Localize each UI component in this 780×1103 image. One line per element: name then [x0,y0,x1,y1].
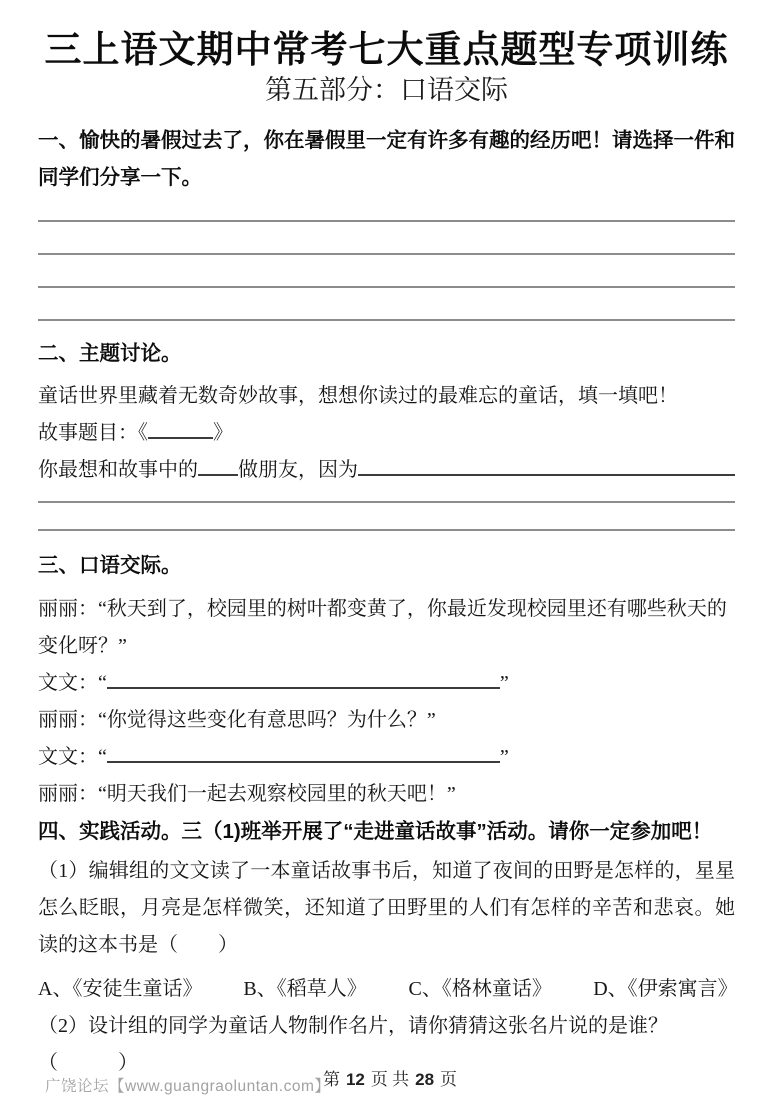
answer-rule-line [38,196,735,222]
dialog-text: “明天我们一起去观察校园里的秋天吧！” [98,783,456,805]
section2-heading: 二、主题讨论。 [38,335,735,372]
dialog-line: 丽丽：“明天我们一起去观察校园里的秋天吧！” [38,776,735,813]
section4-item1: （1）编辑组的文文读了一本童话故事书后，知道了夜间的田野是怎样的，星星怎么眨眼，… [38,853,735,964]
dialog-speaker: 丽丽： [38,783,98,805]
page-label: 页 [440,1070,457,1089]
multiple-choice-options: A、《安徒生童话》 B、《稻草人》 C、《格林童话》 D、《伊索寓言》 [38,971,735,1008]
worksheet-page: 三上语文期中常考七大重点题型专项训练 第五部分：口语交际 一、愉快的暑假过去了，… [0,0,780,1103]
dialog-line: 丽丽：“秋天到了，校园里的树叶都变黄了，你最近发现校园里还有哪些秋天的变化呀？” [38,591,735,665]
friend-middle: 做朋友，因为 [238,452,358,489]
story-title-line: 故事题目：《》 [38,415,735,452]
option-a: A、《安徒生童话》 [38,971,199,1008]
answer-rule-line [38,255,735,288]
option-b: B、《稻草人》 [243,971,364,1008]
section2-intro: 童话世界里藏着无数奇妙故事，想想你读过的最难忘的童话，填一填吧！ [38,378,735,415]
dialog-line-blank: 文文：“” [38,665,735,702]
dialog-text: “你觉得这些变化有意思吗？为什么？” [98,709,436,731]
friend-line: 你最想和故事中的做朋友，因为 [38,452,735,489]
section1-heading: 一、愉快的暑假过去了，你在暑假里一定有许多有趣的经历吧！请选择一件和同学们分享一… [38,122,735,196]
dialog-text: “秋天到了，校园里的树叶都变黄了，你最近发现校园里还有哪些秋天的变化呀？” [38,598,727,657]
answer-rule-line [38,288,735,321]
total-pages: 28 [415,1070,434,1089]
answer-rule-line [38,222,735,255]
page-number: 第12页 共28页 [0,1065,780,1090]
friend-prefix: 你最想和故事中的 [38,452,198,489]
story-title-suffix: 》 [213,422,233,444]
story-title-prefix: 故事题目：《 [38,422,148,444]
section1-answer-lines [38,196,735,321]
page-subtitle: 第五部分：口语交际 [38,72,735,108]
answer-rule-line [38,489,735,503]
quote-close: ” [500,746,509,768]
dialog-speaker: 文文： [38,672,98,694]
page-label: 第 [323,1070,340,1089]
dialog-line-blank: 文文：“” [38,739,735,776]
quote-close: ” [500,672,509,694]
quote-open: “ [98,672,107,694]
section4-heading: 四、实践活动。三（1)班举开展了“走进童话故事”活动。请你一定参加吧！ [38,813,735,850]
friend-reason-blank [358,457,735,476]
page-title: 三上语文期中常考七大重点题型专项训练 [38,28,735,72]
story-title-blank [148,420,213,439]
section3-heading: 三、口语交际。 [38,547,735,584]
friend-name-blank [198,457,238,476]
dialog-speaker: 丽丽： [38,709,98,731]
dialog-answer-blank [107,670,500,689]
dialog-line: 丽丽：“你觉得这些变化有意思吗？为什么？” [38,702,735,739]
dialog-answer-blank [107,744,500,763]
quote-open: “ [98,746,107,768]
answer-rule-line [38,503,735,531]
dialog-block: 丽丽：“秋天到了，校园里的树叶都变黄了，你最近发现校园里还有哪些秋天的变化呀？”… [38,591,735,813]
option-d: D、《伊索寓言》 [593,971,735,1008]
page-label: 页 共 [371,1070,409,1089]
current-page: 12 [346,1070,365,1089]
option-c: C、《格林童话》 [409,971,550,1008]
section2-answer-lines [38,489,735,531]
dialog-speaker: 丽丽： [38,598,98,620]
dialog-speaker: 文文： [38,746,98,768]
